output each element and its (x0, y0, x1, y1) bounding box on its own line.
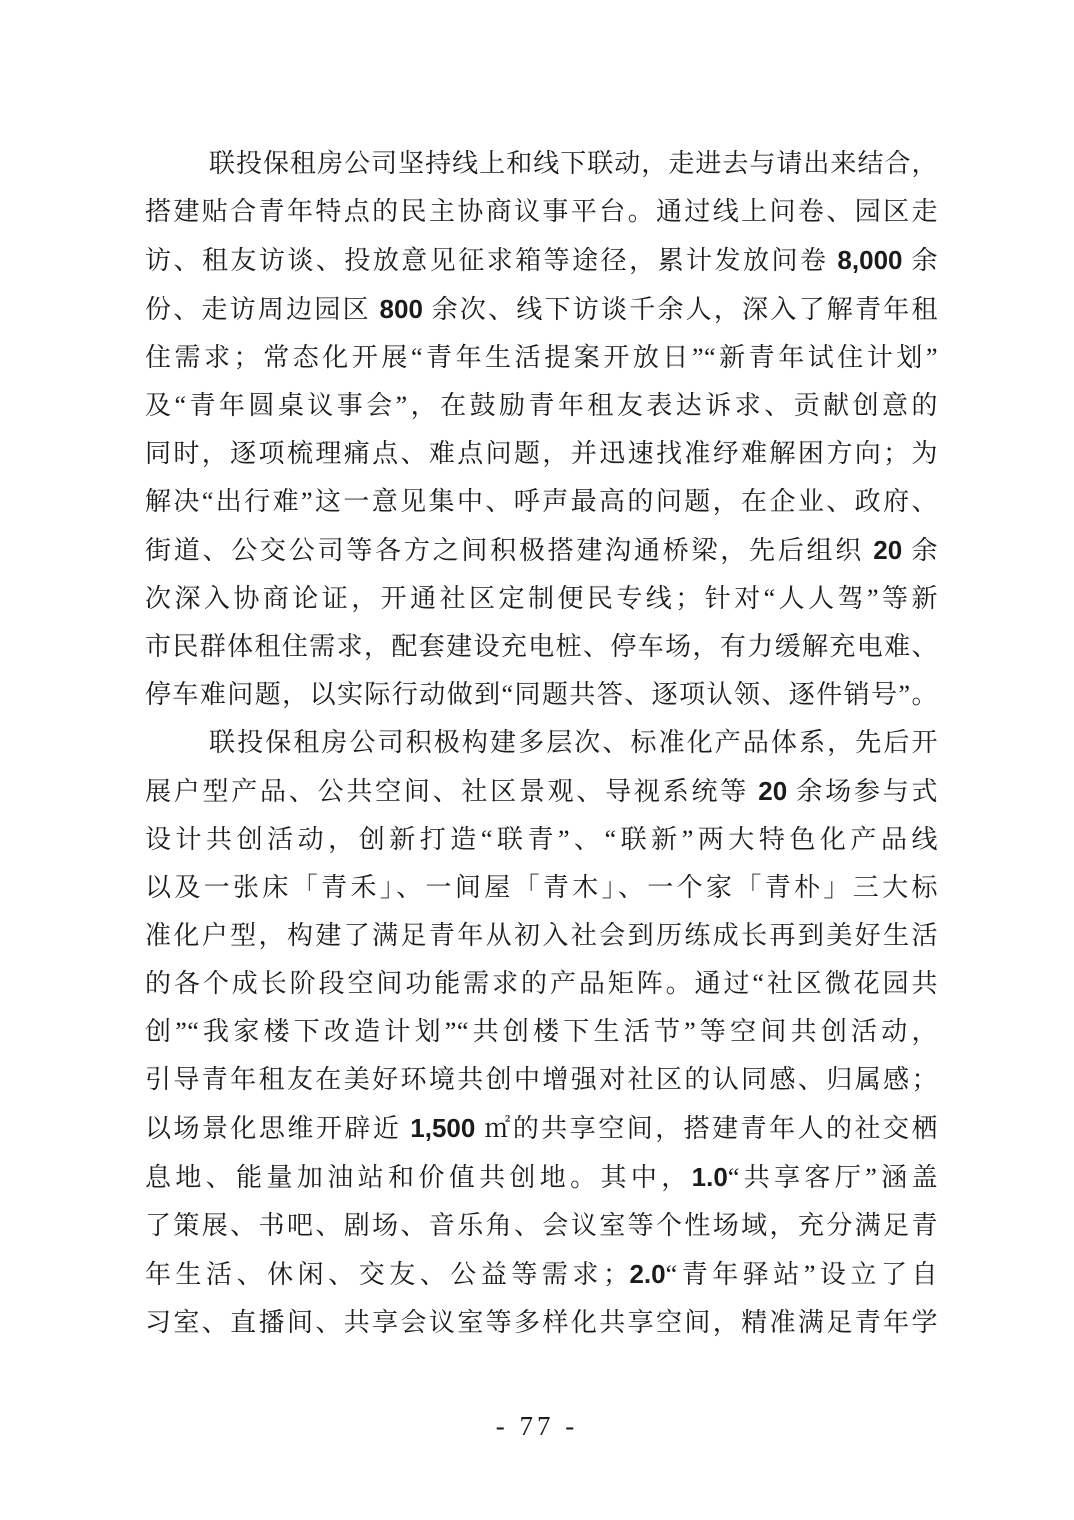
number-text: 1.0 (692, 1162, 728, 1192)
number-text: 2.0 (629, 1259, 665, 1289)
text-line: 住需求；常态化开展“青年生活提案开放日”“新青年试住计划” (145, 334, 938, 382)
number-text: 20 (758, 776, 787, 806)
text-line: 访、租友访谈、投放意见征求箱等途径，累计发放问卷 8,000 余 (145, 236, 938, 285)
text-line: 了策展、书吧、剧场、音乐角、会议室等个性场域，充分满足青 (145, 1202, 938, 1250)
text-line: 引导青年租友在美好环境共创中增强对社区的认同感、归属感； (145, 1056, 938, 1104)
document-body: 联投保租房公司坚持线上和线下联动，走进去与请出来结合，搭建贴合青年特点的民主协商… (145, 140, 938, 1347)
text-line: 次深入协商论证，开通社区定制便民专线；针对“人人驾”等新 (145, 575, 938, 623)
text-line: 及“青年圆桌议事会”，在鼓励青年租友表达诉求、贡献创意的 (145, 382, 938, 430)
text-line: 息地、能量加油站和价值共创地。其中，1.0“共享客厅”涵盖 (145, 1153, 938, 1202)
text-line: 年生活、休闲、交友、公益等需求；2.0“青年驿站”设立了自 (145, 1250, 938, 1299)
text-line: 展户型产品、公共空间、社区景观、导视系统等 20 余场参与式 (145, 767, 938, 816)
text-line: 联投保租房公司积极构建多层次、标准化产品体系，先后开 (145, 719, 938, 767)
text-line: 创”“我家楼下改造计划”“共创楼下生活节”等空间共创活动， (145, 1008, 938, 1056)
text-line: 准化户型，构建了满足青年从初入社会到历练成长再到美好生活 (145, 912, 938, 960)
text-line: 搭建贴合青年特点的民主协商议事平台。通过线上问卷、园区走 (145, 188, 938, 236)
document-page: { "page": { "background_color": "#ffffff… (0, 0, 1074, 1520)
text-line: 停车难问题，以实际行动做到“同题共答、逐项认领、逐件销号”。 (145, 671, 938, 719)
number-text: 1,500 (410, 1113, 475, 1143)
text-line: 解决“出行难”这一意见集中、呼声最高的问题，在企业、政府、 (145, 478, 938, 526)
text-line: 街道、公交公司等各方之间积极搭建沟通桥梁，先后组织 20 余 (145, 526, 938, 575)
text-line: 联投保租房公司坚持线上和线下联动，走进去与请出来结合， (145, 140, 938, 188)
text-line: 以及一张床「青禾」、一间屋「青木」、一个家「青朴」三大标 (145, 864, 938, 912)
text-line: 同时，逐项梳理痛点、难点问题，并迅速找准纾难解困方向；为 (145, 430, 938, 478)
text-line: 设计共创活动，创新打造“联青”、“联新”两大特色化产品线 (145, 816, 938, 864)
page-number: - 77 - (0, 1406, 1074, 1446)
text-line: 市民群体租住需求，配套建设充电桩、停车场，有力缓解充电难、 (145, 623, 938, 671)
paragraph: 联投保租房公司坚持线上和线下联动，走进去与请出来结合，搭建贴合青年特点的民主协商… (145, 140, 938, 719)
number-text: 8,000 (837, 245, 902, 275)
paragraph: 联投保租房公司积极构建多层次、标准化产品体系，先后开展户型产品、公共空间、社区景… (145, 719, 938, 1347)
number-text: 800 (380, 294, 423, 324)
number-text: 20 (873, 535, 902, 565)
text-line: 以场景化思维开辟近 1,500 ㎡的共享空间，搭建青年人的社交栖 (145, 1104, 938, 1153)
text-line: 的各个成长阶段空间功能需求的产品矩阵。通过“社区微花园共 (145, 960, 938, 1008)
text-line: 份、走访周边园区 800 余次、线下访谈千余人，深入了解青年租 (145, 285, 938, 334)
text-line: 习室、直播间、共享会议室等多样化共享空间，精准满足青年学 (145, 1299, 938, 1347)
